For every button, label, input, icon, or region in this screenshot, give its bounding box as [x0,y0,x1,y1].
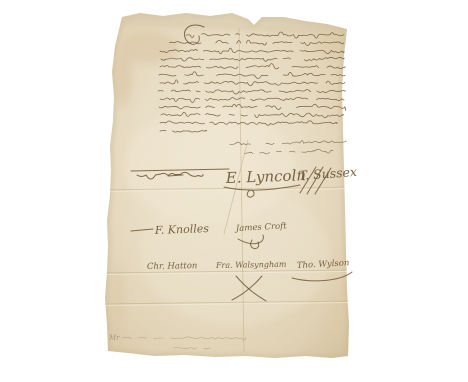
signature-chr-hatton: Chr. Hatton [147,261,198,272]
manuscript-photo: E. Lyncoln T. Sussex F. Knolles James Cr… [0,0,468,382]
signature-f-knolles: F. Knolles [154,222,210,237]
annotation-prefix: Mr [108,334,120,342]
photo-background: E. Lyncoln T. Sussex F. Knolles James Cr… [0,0,468,382]
signature-fra-walsyngham: Fra. Walsyngham [215,260,287,270]
signature-e-lyncoln: E. Lyncoln [225,166,307,187]
